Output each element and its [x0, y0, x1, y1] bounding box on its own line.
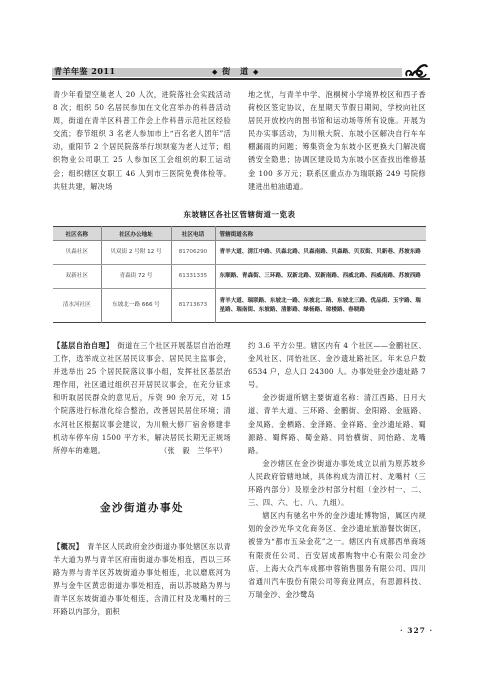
community-phone: 81706290: [171, 241, 215, 265]
community-address: 青森街 72 号: [101, 265, 171, 289]
table-row: 贝森社区 贝双街 2 号附 12 号 81706290 青羊大道、清江中路、贝森…: [53, 241, 426, 265]
table-row: 清水河社区 东坡北一路 666 号 81713673 青羊大道、瑞联路、东坡北一…: [53, 289, 426, 323]
table-title: 东坡辖区各社区管辖街道一览表: [53, 209, 426, 220]
running-header: 青羊年鉴 2011 ◆ 街 道 ◆: [52, 67, 430, 79]
section-label: 【基层自治自理】: [53, 341, 110, 350]
community-address: 贝双街 2 号附 12 号: [101, 241, 171, 265]
paragraph-grassroots-governance: 【基层自治自理】 街道在三个社区开展基层自治治理工作，选举成立社区居民议事会、居…: [53, 339, 231, 457]
community-streets: 青羊大道、瑞联路、东坡北一路、东坡北二路、东坡北三路、优品街、玉宇路、瑞星路、瑞…: [215, 289, 426, 323]
paragraph-top-left: 青少年看望空巢老人 20 人次，进院落社会实践活动 8 次；组织 50 名居民参…: [53, 88, 231, 193]
community-address: 东坡北一路 666 号: [101, 289, 171, 323]
book-title: 青羊年鉴 2011: [54, 66, 116, 77]
column-header: 社区电话: [171, 227, 215, 241]
table-header-row: 社区名称 社区办公地址 社区电话 管辖街道名称: [53, 227, 426, 241]
page-number: · 327 ·: [400, 626, 433, 635]
paragraph-history: 金沙辖区在金沙街道办事处成立以前为原苏坡乡人民政府管辖地域，具体构成为清江村、龙…: [248, 457, 426, 509]
column-header: 社区办公地址: [101, 227, 171, 241]
paragraph-area-communities: 约 3.6 平方公里。辖区内有 4 个社区——金鹏社区、金风社区、同怡社区、金沙…: [248, 339, 426, 391]
section-label: 【概况】: [53, 542, 80, 551]
column-header: 管辖街道名称: [215, 227, 426, 241]
section-title-text: 街 道: [222, 66, 249, 76]
table-row: 双新社区 青森街 72 号 61331335 东顺路、青森街、三环路、双新北路、…: [53, 265, 426, 289]
diamond-icon: ◆: [212, 67, 218, 76]
section-title: ◆ 街 道 ◆: [212, 66, 259, 77]
paragraph-commerce: 辖区内有驰名中外的金沙遗址博物馆，属区内规划的金沙光华文化商务区、金沙遗址旅游餐…: [248, 509, 426, 601]
header-rule: [52, 78, 430, 80]
paragraph-top-right: 地之忧，与青羊中学、泡桐树小学境界校区和西子香荷校区签定协议，在星期天节假日期间…: [248, 88, 426, 193]
paragraph-text: 青羊区人民政府金沙街道办事处辖区东以青羊大道为界与青羊区府南街道办事处相连，西以…: [53, 542, 231, 616]
community-streets: 东顺路、青森街、三环路、双新北路、双新南路、西威北路、西威南路、苏坡西路: [215, 265, 426, 289]
community-phone: 81713673: [171, 289, 215, 323]
community-streets: 青羊大道、清江中路、贝森北路、贝森南路、贝森路、贝双街、贝新巷、苏坡东路: [215, 241, 426, 265]
paragraph-streets: 金沙街道所辖主要街道名称：清江西路、日月大道、青羊大道、三环路、金鹏街、金阳路、…: [248, 391, 426, 456]
diamond-icon: ◆: [253, 67, 259, 76]
community-table: 社区名称 社区办公地址 社区电话 管辖街道名称 贝森社区 贝双街 2 号附 12…: [53, 226, 426, 323]
section-heading: 金沙街道办事处: [53, 500, 231, 515]
community-name: 贝森社区: [53, 241, 101, 265]
decorative-swirl-icon: [404, 61, 430, 79]
column-header: 社区名称: [53, 227, 101, 241]
community-name: 双新社区: [53, 265, 101, 289]
right-column-text: 约 3.6 平方公里。辖区内有 4 个社区——金鹏社区、金风社区、同怡社区、金沙…: [248, 339, 426, 601]
community-phone: 61331335: [171, 265, 215, 289]
paragraph-overview: 【概况】 青羊区人民政府金沙街道办事处辖区东以青羊大道为界与青羊区府南街道办事处…: [53, 540, 231, 619]
community-name: 清水河社区: [53, 289, 101, 323]
paragraph-text: 街道在三个社区开展基层自治治理工作，选举成立社区居民议事会、居民民主监事会，并选…: [53, 341, 231, 455]
